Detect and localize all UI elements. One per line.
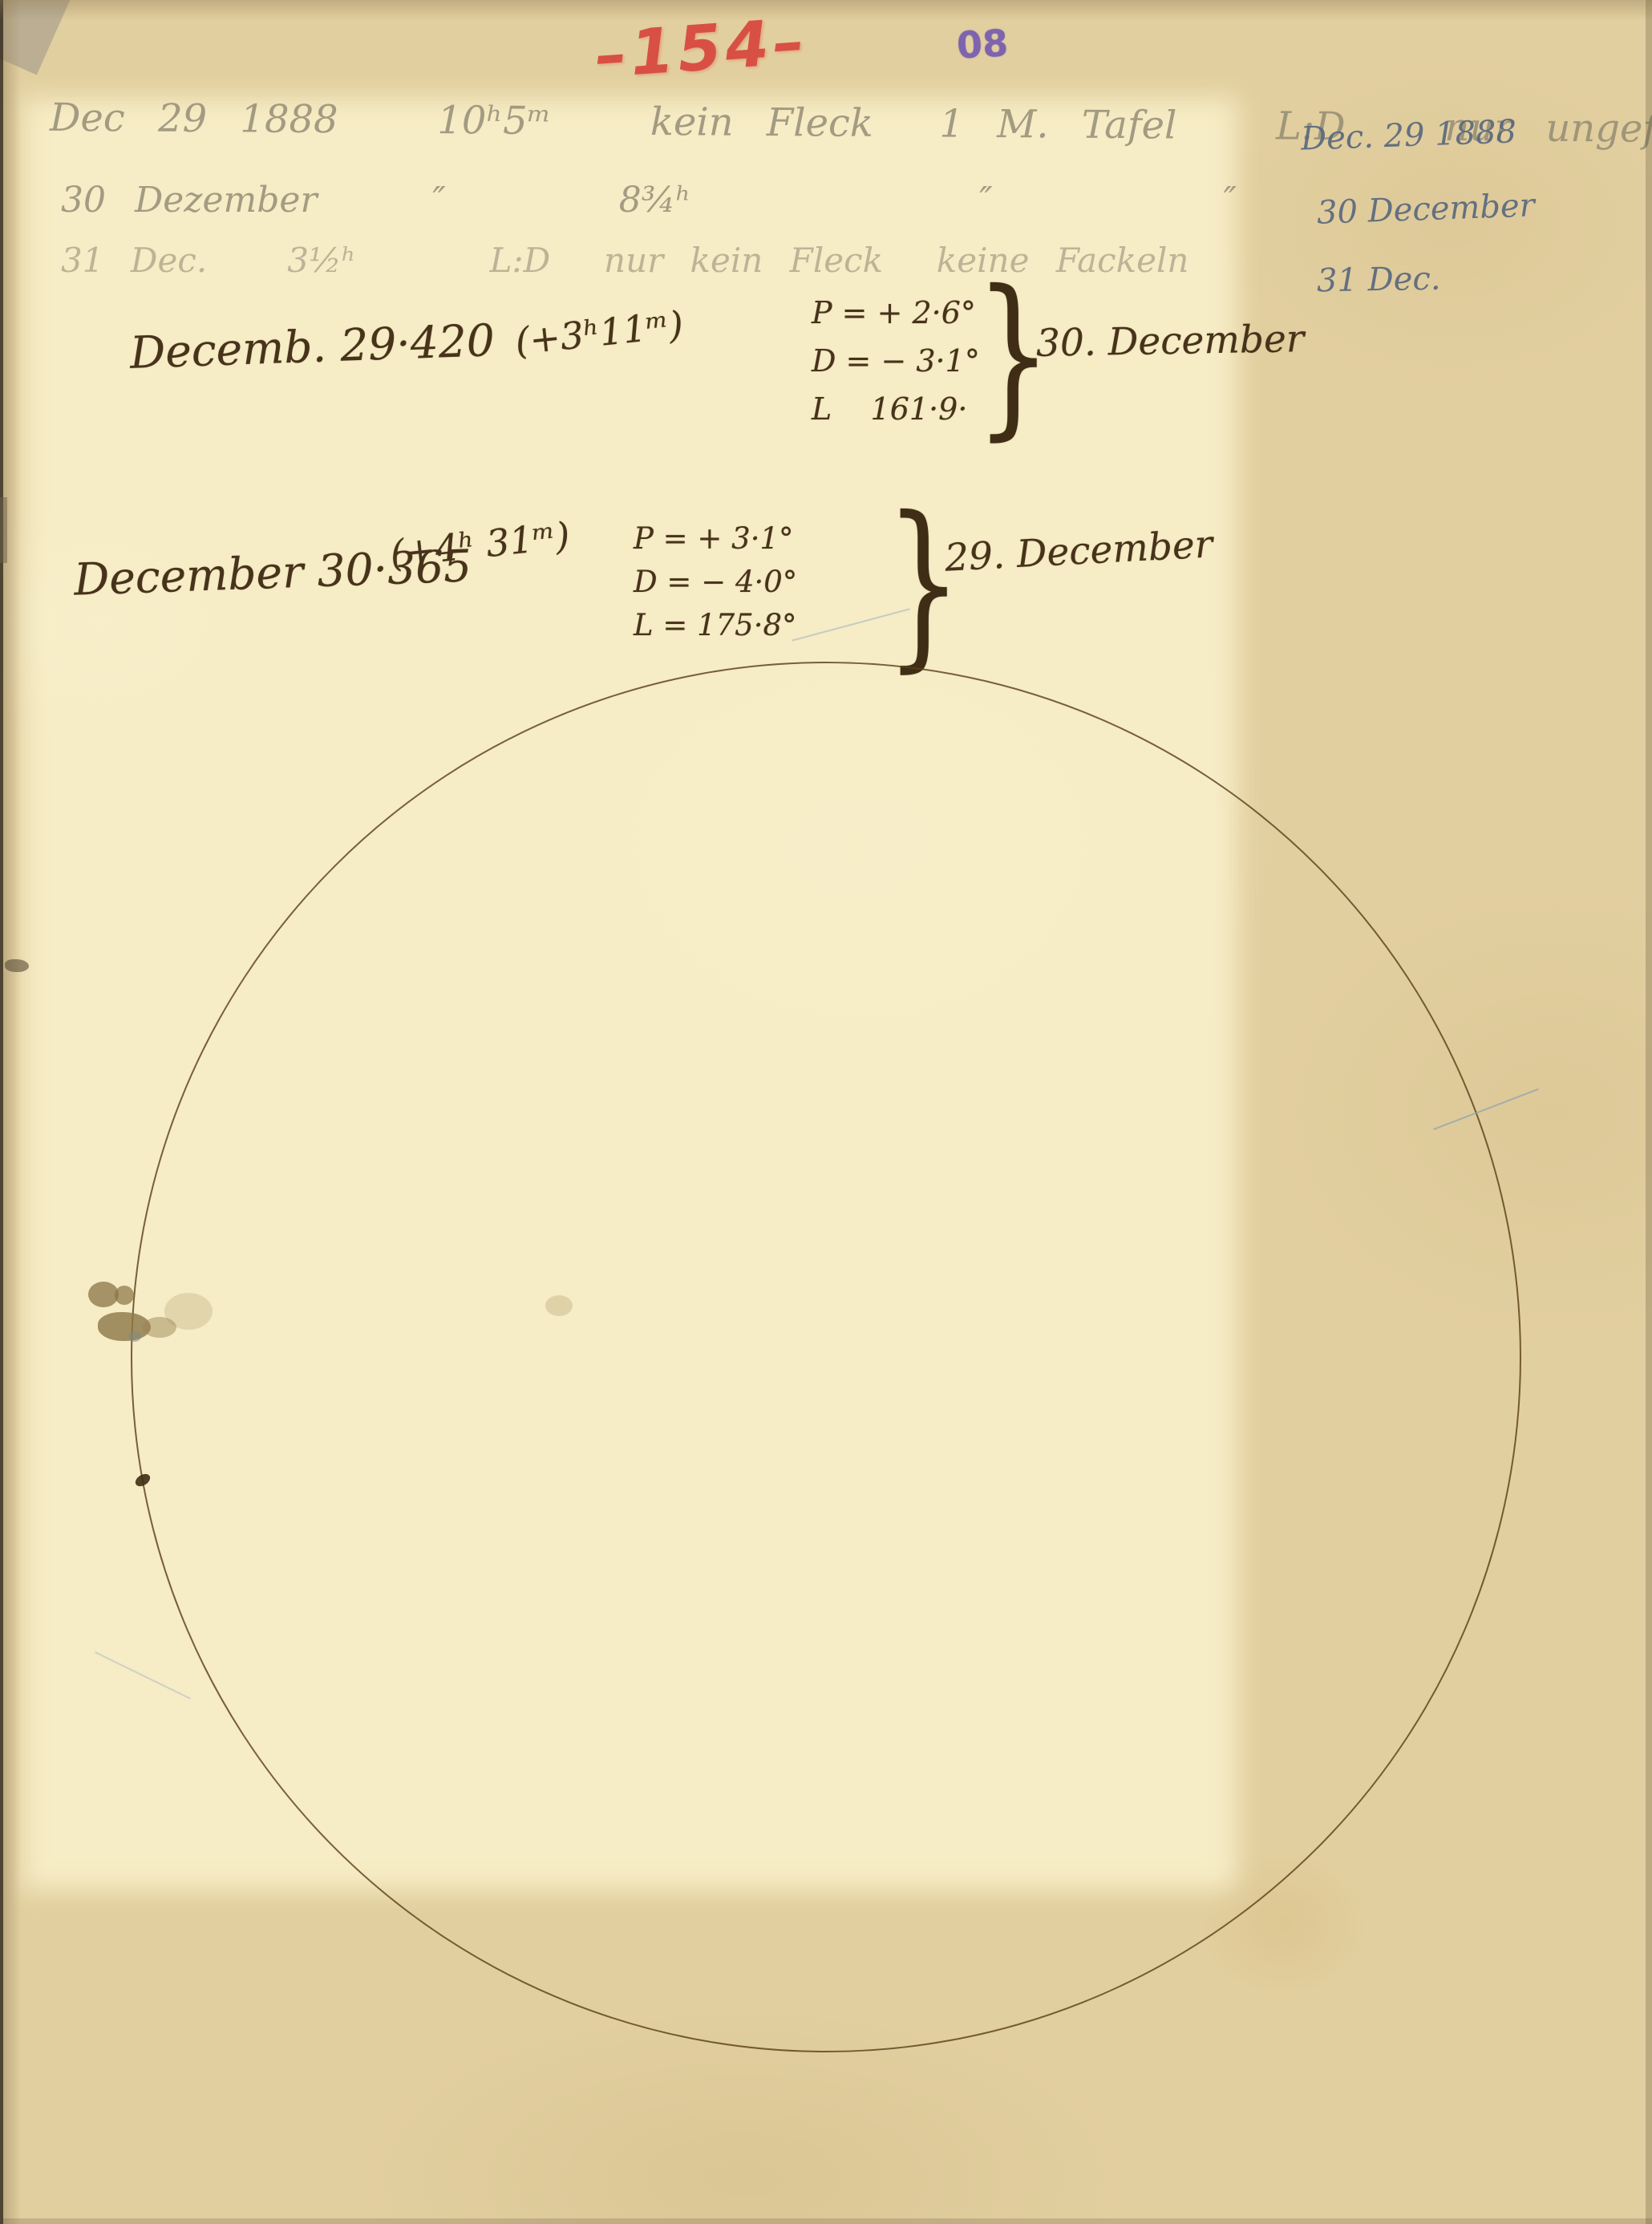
scanned-observation-sheet: –154– 08 Dec 29 1888 10ʰ5ᵐ kein Fleck 1 … xyxy=(0,0,1652,2224)
obs2-pdl-values: P = + 3·1° D = − 4·0° L = 175·8° xyxy=(634,517,797,647)
page-edge-nick xyxy=(0,497,7,563)
margin-date-dec-30: 30 December xyxy=(1316,187,1535,231)
obs2-l-value: L = 175·8° xyxy=(634,608,797,642)
obs2-p-value: P = + 3·1° xyxy=(634,521,794,556)
pencil-note-line-2: 30 Dezember ″ 8¾ʰ ″ ″ xyxy=(61,180,1237,221)
obs1-pdl-values: P = + 2·6° D = − 3·1° L 161·9· xyxy=(812,289,980,433)
obs1-reference-date: 30. December xyxy=(1036,317,1305,366)
ink-stain xyxy=(115,1286,134,1305)
page-right-edge xyxy=(1646,0,1652,2224)
page-left-fold xyxy=(3,0,21,2224)
paper-speck xyxy=(128,1331,141,1342)
obs1-p-value: P = + 2·6° xyxy=(812,295,976,330)
margin-date-dec-29: Dec. 29 1888 xyxy=(1300,113,1516,157)
solar-disk-outline xyxy=(131,662,1521,2052)
obs1-d-value: D = − 3·1° xyxy=(812,343,980,379)
stamp-number: 08 xyxy=(956,21,1010,67)
obs1-l-value: L 161·9· xyxy=(812,391,967,427)
page-edge-mark xyxy=(5,959,29,972)
page-top-edge xyxy=(0,0,1652,21)
obs2-d-value: D = − 4·0° xyxy=(634,565,797,599)
paper-smudge xyxy=(545,1295,573,1316)
margin-date-dec-31: 31 Dec. xyxy=(1317,261,1441,300)
page-bottom-edge xyxy=(0,2218,1652,2224)
paper-smudge xyxy=(164,1293,213,1330)
obs2-brace: } xyxy=(885,504,962,666)
